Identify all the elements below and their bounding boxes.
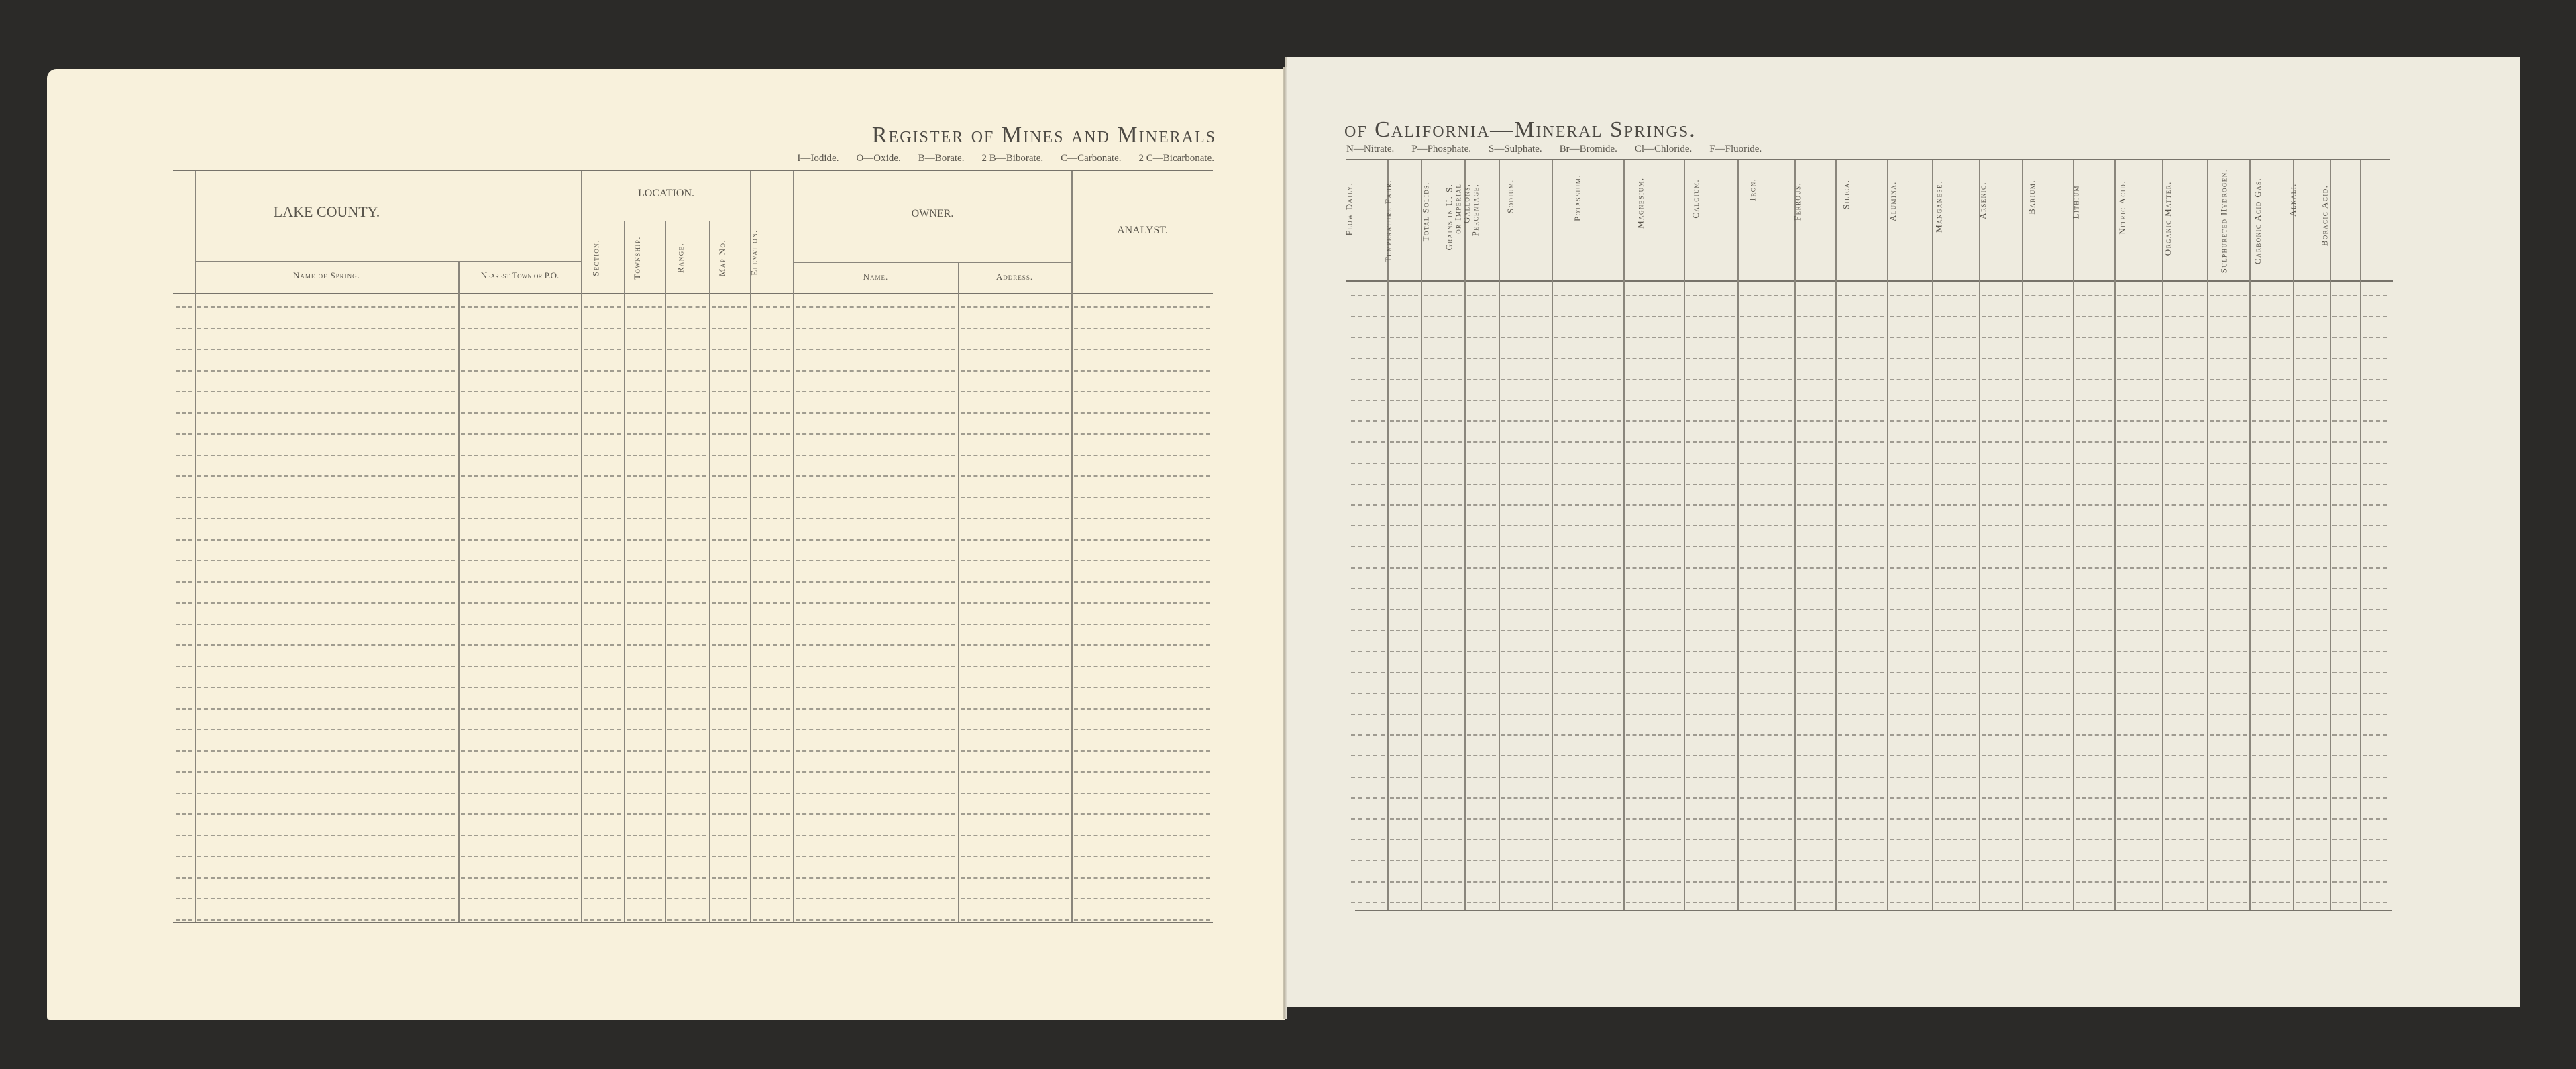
table-row[interactable] — [667, 370, 706, 372]
table-row[interactable] — [2296, 630, 2327, 631]
table-row[interactable] — [1424, 902, 1462, 903]
table-row[interactable] — [2210, 672, 2247, 673]
table-row[interactable] — [461, 771, 578, 773]
table-row[interactable] — [1351, 797, 1385, 799]
table-row[interactable] — [176, 793, 192, 794]
table-row[interactable] — [2332, 818, 2357, 820]
table-row[interactable] — [667, 624, 706, 625]
table-row[interactable] — [1797, 358, 1833, 359]
table-row[interactable] — [1686, 337, 1735, 338]
table-row[interactable] — [1424, 295, 1462, 296]
table-row[interactable] — [1890, 693, 1929, 694]
table-row[interactable] — [1467, 860, 1496, 861]
table-row[interactable] — [1501, 734, 1549, 736]
table-row[interactable] — [753, 708, 790, 710]
table-row[interactable] — [1838, 441, 1884, 443]
table-row[interactable] — [2252, 525, 2290, 526]
table-row[interactable] — [796, 771, 955, 773]
table-row[interactable] — [1740, 525, 1792, 526]
table-row[interactable] — [2117, 630, 2159, 631]
table-row[interactable] — [1626, 860, 1681, 861]
table-row[interactable] — [1797, 588, 1833, 589]
table-row[interactable] — [1554, 630, 1621, 631]
table-row[interactable] — [712, 644, 747, 646]
table-row[interactable] — [1740, 463, 1792, 464]
table-row[interactable] — [176, 750, 192, 752]
table-row[interactable] — [2165, 777, 2204, 778]
table-row[interactable] — [584, 644, 621, 646]
table-row[interactable] — [2117, 379, 2159, 380]
table-row[interactable] — [2332, 714, 2357, 715]
table-row[interactable] — [712, 729, 747, 730]
table-row[interactable] — [2076, 609, 2112, 610]
table-row[interactable] — [1626, 818, 1681, 820]
table-row[interactable] — [1935, 839, 1976, 840]
table-row[interactable] — [1501, 441, 1549, 443]
table-row[interactable] — [667, 475, 706, 477]
table-row[interactable] — [1424, 839, 1462, 840]
table-row[interactable] — [2117, 902, 2159, 903]
table-row[interactable] — [1351, 672, 1385, 673]
table-row[interactable] — [2210, 400, 2247, 401]
table-row[interactable] — [1838, 316, 1884, 317]
table-row[interactable] — [197, 644, 455, 646]
table-row[interactable] — [753, 475, 790, 477]
table-row[interactable] — [176, 856, 192, 857]
table-row[interactable] — [176, 349, 192, 350]
table-row[interactable] — [1740, 651, 1792, 652]
table-row[interactable] — [1686, 463, 1735, 464]
table-row[interactable] — [1351, 818, 1385, 820]
table-row[interactable] — [1390, 484, 1418, 485]
table-row[interactable] — [1501, 839, 1549, 840]
table-row[interactable] — [1626, 567, 1681, 569]
table-row[interactable] — [753, 835, 790, 836]
table-row[interactable] — [197, 391, 455, 392]
table-row[interactable] — [1501, 693, 1549, 694]
table-row[interactable] — [2117, 797, 2159, 799]
table-row[interactable] — [2117, 672, 2159, 673]
table-row[interactable] — [1074, 856, 1210, 857]
table-row[interactable] — [796, 729, 955, 730]
table-row[interactable] — [1982, 734, 2019, 736]
table-row[interactable] — [667, 729, 706, 730]
table-row[interactable] — [2332, 651, 2357, 652]
table-row[interactable] — [796, 412, 955, 414]
table-row[interactable] — [1351, 379, 1385, 380]
table-row[interactable] — [712, 835, 747, 836]
table-row[interactable] — [1797, 546, 1833, 547]
table-row[interactable] — [1797, 755, 1833, 756]
table-row[interactable] — [1838, 839, 1884, 840]
table-row[interactable] — [2025, 295, 2070, 296]
table-row[interactable] — [1501, 379, 1549, 380]
table-row[interactable] — [1626, 777, 1681, 778]
table-row[interactable] — [1501, 902, 1549, 903]
table-row[interactable] — [2076, 379, 2112, 380]
table-row[interactable] — [627, 813, 662, 815]
table-row[interactable] — [1740, 797, 1792, 799]
table-row[interactable] — [584, 602, 621, 604]
table-row[interactable] — [712, 602, 747, 604]
table-row[interactable] — [461, 919, 578, 921]
table-row[interactable] — [2076, 902, 2112, 903]
table-row[interactable] — [712, 391, 747, 392]
table-row[interactable] — [712, 813, 747, 815]
table-row[interactable] — [197, 497, 455, 498]
table-row[interactable] — [2296, 860, 2327, 861]
table-row[interactable] — [1390, 463, 1418, 464]
table-row[interactable] — [584, 898, 621, 899]
table-row[interactable] — [1351, 734, 1385, 736]
table-row[interactable] — [961, 687, 1069, 688]
table-row[interactable] — [1935, 337, 1976, 338]
table-row[interactable] — [627, 644, 662, 646]
table-row[interactable] — [1935, 755, 1976, 756]
table-row[interactable] — [1074, 750, 1210, 752]
table-row[interactable] — [1554, 441, 1621, 443]
table-row[interactable] — [1390, 379, 1418, 380]
table-row[interactable] — [2332, 400, 2357, 401]
table-row[interactable] — [584, 518, 621, 519]
table-row[interactable] — [1351, 693, 1385, 694]
table-row[interactable] — [2252, 379, 2290, 380]
table-row[interactable] — [1074, 539, 1210, 541]
table-row[interactable] — [2332, 755, 2357, 756]
table-row[interactable] — [1554, 734, 1621, 736]
table-row[interactable] — [2252, 295, 2290, 296]
table-row[interactable] — [1686, 441, 1735, 443]
table-row[interactable] — [2363, 525, 2387, 526]
table-row[interactable] — [2332, 504, 2357, 506]
table-row[interactable] — [2332, 316, 2357, 317]
table-row[interactable] — [584, 306, 621, 308]
table-row[interactable] — [2076, 797, 2112, 799]
table-row[interactable] — [584, 349, 621, 350]
table-row[interactable] — [1626, 797, 1681, 799]
table-row[interactable] — [627, 455, 662, 456]
table-row[interactable] — [176, 624, 192, 625]
table-row[interactable] — [2363, 734, 2387, 736]
table-row[interactable] — [1424, 734, 1462, 736]
table-row[interactable] — [2210, 860, 2247, 861]
table-row[interactable] — [2363, 902, 2387, 903]
table-row[interactable] — [1424, 337, 1462, 338]
table-row[interactable] — [2025, 839, 2070, 840]
table-row[interactable] — [2363, 295, 2387, 296]
table-row[interactable] — [2117, 588, 2159, 589]
table-row[interactable] — [584, 497, 621, 498]
table-row[interactable] — [1626, 881, 1681, 883]
table-row[interactable] — [2296, 588, 2327, 589]
table-row[interactable] — [1982, 567, 2019, 569]
table-row[interactable] — [1501, 420, 1549, 422]
table-row[interactable] — [1740, 860, 1792, 861]
table-row[interactable] — [1740, 295, 1792, 296]
table-row[interactable] — [2332, 420, 2357, 422]
table-row[interactable] — [584, 813, 621, 815]
table-row[interactable] — [2025, 525, 2070, 526]
table-row[interactable] — [2296, 818, 2327, 820]
table-row[interactable] — [2165, 504, 2204, 506]
table-row[interactable] — [667, 328, 706, 329]
table-row[interactable] — [2117, 546, 2159, 547]
table-row[interactable] — [461, 666, 578, 667]
table-row[interactable] — [2025, 755, 2070, 756]
table-row[interactable] — [1074, 919, 1210, 921]
table-row[interactable] — [2076, 463, 2112, 464]
table-row[interactable] — [667, 835, 706, 836]
table-row[interactable] — [753, 497, 790, 498]
table-row[interactable] — [1890, 588, 1929, 589]
table-row[interactable] — [2210, 441, 2247, 443]
table-row[interactable] — [2363, 818, 2387, 820]
table-row[interactable] — [961, 475, 1069, 477]
table-row[interactable] — [627, 602, 662, 604]
table-row[interactable] — [753, 581, 790, 583]
table-row[interactable] — [1626, 525, 1681, 526]
table-row[interactable] — [1890, 755, 1929, 756]
table-row[interactable] — [2117, 881, 2159, 883]
table-row[interactable] — [1797, 672, 1833, 673]
table-row[interactable] — [1424, 797, 1462, 799]
table-row[interactable] — [796, 306, 955, 308]
table-row[interactable] — [1424, 441, 1462, 443]
table-row[interactable] — [2252, 714, 2290, 715]
table-row[interactable] — [961, 518, 1069, 519]
table-row[interactable] — [1351, 484, 1385, 485]
table-row[interactable] — [1390, 630, 1418, 631]
table-row[interactable] — [1467, 358, 1496, 359]
table-row[interactable] — [627, 328, 662, 329]
table-row[interactable] — [2210, 651, 2247, 652]
table-row[interactable] — [1626, 337, 1681, 338]
table-row[interactable] — [796, 391, 955, 392]
table-row[interactable] — [2296, 504, 2327, 506]
table-row[interactable] — [1740, 546, 1792, 547]
table-row[interactable] — [961, 666, 1069, 667]
table-row[interactable] — [2363, 777, 2387, 778]
table-row[interactable] — [667, 919, 706, 921]
table-row[interactable] — [461, 497, 578, 498]
table-row[interactable] — [1982, 588, 2019, 589]
table-row[interactable] — [461, 813, 578, 815]
table-row[interactable] — [2252, 484, 2290, 485]
table-row[interactable] — [1424, 609, 1462, 610]
table-row[interactable] — [197, 539, 455, 541]
table-row[interactable] — [2363, 609, 2387, 610]
table-row[interactable] — [584, 370, 621, 372]
table-row[interactable] — [2332, 567, 2357, 569]
table-row[interactable] — [712, 666, 747, 667]
table-row[interactable] — [1890, 777, 1929, 778]
table-row[interactable] — [176, 813, 192, 815]
table-row[interactable] — [1351, 420, 1385, 422]
table-row[interactable] — [1686, 797, 1735, 799]
table-row[interactable] — [1935, 734, 1976, 736]
table-row[interactable] — [1890, 484, 1929, 485]
table-row[interactable] — [796, 877, 955, 879]
table-row[interactable] — [197, 666, 455, 667]
table-row[interactable] — [2210, 588, 2247, 589]
table-row[interactable] — [2076, 630, 2112, 631]
table-row[interactable] — [1626, 714, 1681, 715]
table-row[interactable] — [1982, 484, 2019, 485]
table-row[interactable] — [961, 771, 1069, 773]
table-row[interactable] — [1467, 484, 1496, 485]
table-row[interactable] — [461, 708, 578, 710]
table-row[interactable] — [2363, 567, 2387, 569]
table-row[interactable] — [2165, 484, 2204, 485]
table-row[interactable] — [1890, 902, 1929, 903]
table-row[interactable] — [1467, 337, 1496, 338]
table-row[interactable] — [1074, 835, 1210, 836]
table-row[interactable] — [1797, 839, 1833, 840]
table-row[interactable] — [2296, 797, 2327, 799]
table-row[interactable] — [176, 370, 192, 372]
table-row[interactable] — [796, 433, 955, 435]
table-row[interactable] — [1982, 441, 2019, 443]
table-row[interactable] — [2025, 441, 2070, 443]
table-row[interactable] — [2252, 504, 2290, 506]
table-row[interactable] — [627, 919, 662, 921]
table-row[interactable] — [667, 771, 706, 773]
table-row[interactable] — [197, 835, 455, 836]
table-row[interactable] — [197, 813, 455, 815]
table-row[interactable] — [627, 771, 662, 773]
table-row[interactable] — [1467, 902, 1496, 903]
table-row[interactable] — [2210, 358, 2247, 359]
table-row[interactable] — [1890, 316, 1929, 317]
table-row[interactable] — [461, 793, 578, 794]
table-row[interactable] — [2025, 358, 2070, 359]
table-row[interactable] — [2363, 484, 2387, 485]
table-row[interactable] — [1390, 337, 1418, 338]
table-row[interactable] — [1935, 672, 1976, 673]
table-row[interactable] — [1686, 693, 1735, 694]
table-row[interactable] — [2025, 860, 2070, 861]
table-row[interactable] — [2117, 734, 2159, 736]
table-row[interactable] — [1838, 755, 1884, 756]
table-row[interactable] — [1554, 379, 1621, 380]
table-row[interactable] — [2296, 441, 2327, 443]
table-row[interactable] — [1074, 497, 1210, 498]
table-row[interactable] — [1890, 525, 1929, 526]
table-row[interactable] — [2165, 567, 2204, 569]
table-row[interactable] — [461, 560, 578, 561]
table-row[interactable] — [1351, 567, 1385, 569]
table-row[interactable] — [1390, 693, 1418, 694]
table-row[interactable] — [1390, 420, 1418, 422]
table-row[interactable] — [2252, 546, 2290, 547]
table-row[interactable] — [1890, 672, 1929, 673]
table-row[interactable] — [584, 433, 621, 435]
table-row[interactable] — [2025, 420, 2070, 422]
table-row[interactable] — [197, 602, 455, 604]
table-row[interactable] — [753, 877, 790, 879]
table-row[interactable] — [667, 666, 706, 667]
table-row[interactable] — [461, 729, 578, 730]
table-row[interactable] — [197, 750, 455, 752]
table-row[interactable] — [961, 835, 1069, 836]
table-row[interactable] — [961, 856, 1069, 857]
table-row[interactable] — [1935, 463, 1976, 464]
table-row[interactable] — [667, 602, 706, 604]
table-row[interactable] — [1797, 693, 1833, 694]
table-row[interactable] — [1838, 567, 1884, 569]
table-row[interactable] — [2117, 860, 2159, 861]
table-row[interactable] — [1740, 588, 1792, 589]
table-row[interactable] — [176, 729, 192, 730]
table-row[interactable] — [461, 687, 578, 688]
table-row[interactable] — [1740, 734, 1792, 736]
table-row[interactable] — [2076, 504, 2112, 506]
table-row[interactable] — [461, 455, 578, 456]
table-row[interactable] — [176, 898, 192, 899]
table-row[interactable] — [1467, 630, 1496, 631]
table-row[interactable] — [1740, 379, 1792, 380]
table-row[interactable] — [1351, 463, 1385, 464]
table-row[interactable] — [667, 391, 706, 392]
table-row[interactable] — [1074, 687, 1210, 688]
table-row[interactable] — [2296, 295, 2327, 296]
table-row[interactable] — [1890, 797, 1929, 799]
table-row[interactable] — [1740, 818, 1792, 820]
table-row[interactable] — [1935, 818, 1976, 820]
table-row[interactable] — [2025, 400, 2070, 401]
table-row[interactable] — [2296, 379, 2327, 380]
table-row[interactable] — [1890, 546, 1929, 547]
table-row[interactable] — [584, 708, 621, 710]
table-row[interactable] — [1890, 609, 1929, 610]
table-row[interactable] — [712, 793, 747, 794]
table-row[interactable] — [753, 370, 790, 372]
table-row[interactable] — [1390, 714, 1418, 715]
table-row[interactable] — [2296, 316, 2327, 317]
table-row[interactable] — [1982, 839, 2019, 840]
table-row[interactable] — [1686, 295, 1735, 296]
table-row[interactable] — [2332, 797, 2357, 799]
table-row[interactable] — [1890, 463, 1929, 464]
table-row[interactable] — [2117, 295, 2159, 296]
table-row[interactable] — [1890, 567, 1929, 569]
table-row[interactable] — [2332, 609, 2357, 610]
table-row[interactable] — [1467, 777, 1496, 778]
table-row[interactable] — [712, 708, 747, 710]
table-row[interactable] — [1740, 400, 1792, 401]
table-row[interactable] — [1982, 693, 2019, 694]
table-row[interactable] — [1982, 316, 2019, 317]
table-row[interactable] — [1467, 525, 1496, 526]
table-row[interactable] — [961, 793, 1069, 794]
table-row[interactable] — [796, 581, 955, 583]
table-row[interactable] — [2117, 358, 2159, 359]
table-row[interactable] — [2210, 295, 2247, 296]
table-row[interactable] — [2117, 400, 2159, 401]
table-row[interactable] — [627, 793, 662, 794]
table-row[interactable] — [712, 687, 747, 688]
table-row[interactable] — [2117, 337, 2159, 338]
table-row[interactable] — [1424, 672, 1462, 673]
table-row[interactable] — [1424, 484, 1462, 485]
table-row[interactable] — [197, 560, 455, 561]
table-row[interactable] — [2165, 358, 2204, 359]
table-row[interactable] — [1074, 581, 1210, 583]
table-row[interactable] — [1074, 391, 1210, 392]
table-row[interactable] — [1838, 734, 1884, 736]
table-row[interactable] — [753, 349, 790, 350]
table-row[interactable] — [584, 856, 621, 857]
